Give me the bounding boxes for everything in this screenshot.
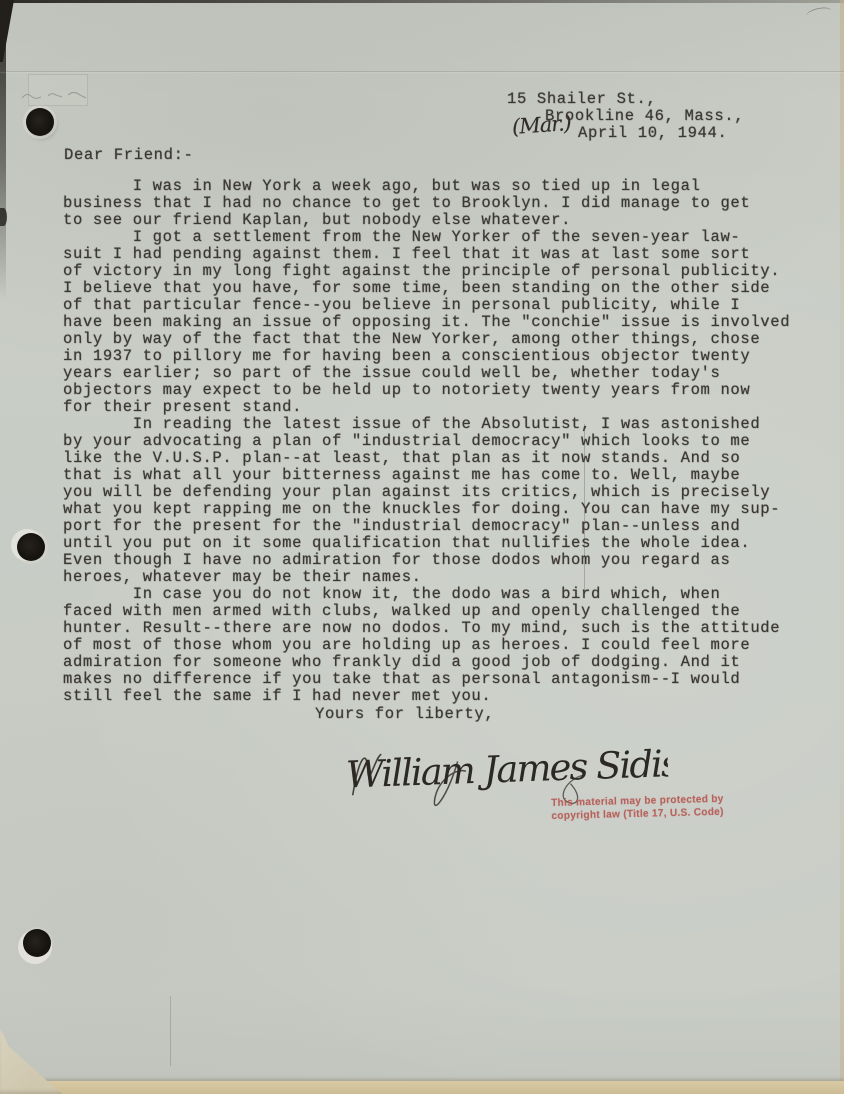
letter-line: in 1937 to pillory me for having been a …: [63, 348, 803, 365]
punch-hole: [26, 108, 54, 136]
crease-line: [0, 71, 844, 72]
letter-line: of victory in my long fight against the …: [63, 263, 803, 280]
letter-line: what you kept rapping me on the knuckles…: [63, 501, 803, 518]
letter-line: of most of those whom you are holding up…: [63, 637, 803, 654]
closing-line: Yours for liberty,: [315, 705, 494, 723]
letterhead-address-line1: 15 Shailer St.,: [507, 90, 656, 108]
salutation: Dear Friend:-: [64, 146, 194, 164]
letter-line: only by way of the fact that the New Yor…: [63, 331, 803, 348]
backing-paper-strip: [0, 1081, 844, 1094]
letter-line: I got a settlement from the New Yorker o…: [63, 229, 803, 246]
punch-hole: [17, 533, 45, 561]
handwritten-date-annotation: (Mar.): [511, 111, 571, 139]
letter-line: like the V.U.S.P. plan--at least, that p…: [63, 450, 803, 467]
letter-line: until you put on it some qualification t…: [63, 535, 803, 552]
scan-edge-top: [0, 0, 844, 3]
punch-hole: [23, 929, 51, 957]
letter-line: to see our friend Kaplan, but nobody els…: [63, 212, 803, 229]
signature-name: William James Sidis: [345, 742, 669, 797]
letter-line: Even though I have no admiration for tho…: [63, 552, 803, 569]
letter-line: suit I had pending against them. I feel …: [63, 246, 803, 263]
letter-line: I believe that you have, for some time, …: [63, 280, 803, 297]
letter-line: faced with men armed with clubs, walked …: [63, 603, 803, 620]
letterhead-address-line2: Brookline 46, Mass.,: [545, 107, 744, 125]
letter-page: 15 Shailer St., Brookline 46, Mass., (Ma…: [0, 0, 844, 1094]
letter-line: that is what all your bitterness against…: [63, 467, 803, 484]
scan-corner-shadow: [0, 0, 14, 62]
pencil-scribble: [20, 88, 90, 106]
letter-line: business that I had no chance to get to …: [63, 195, 803, 212]
letter-line: still feel the same if I had never met y…: [63, 688, 803, 705]
letter-line: you will be defending your plan against …: [63, 484, 803, 501]
letter-line: In reading the latest issue of the Absol…: [63, 416, 803, 433]
letter-line: by your advocating a plan of "industrial…: [63, 433, 803, 450]
letter-line: heroes, whatever may be their names.: [63, 569, 803, 586]
scan-edge-right: [840, 0, 844, 1094]
letter-line: admiration for someone who frankly did a…: [63, 654, 803, 671]
letter-body: I was in New York a week ago, but was so…: [63, 178, 803, 705]
copyright-stamp: This material may be protected by copyri…: [551, 792, 753, 822]
letter-line: port for the present for the "industrial…: [63, 518, 803, 535]
crease-mark: [805, 5, 833, 21]
letter-line: of that particular fence--you believe in…: [63, 297, 803, 314]
letter-line: hunter. Result--there are now no dodos. …: [63, 620, 803, 637]
letter-line: objectors may expect to be held up to no…: [63, 382, 803, 399]
letter-line: makes no difference if you take that as …: [63, 671, 803, 688]
letterhead-date-line: April 10, 1944.: [578, 124, 727, 142]
letter-line: years earlier; so part of the issue coul…: [63, 365, 803, 382]
crease-line: [170, 996, 171, 1066]
letter-line: have been making an issue of opposing it…: [63, 314, 803, 331]
letter-line: for their present stand.: [63, 399, 803, 416]
letter-line: In case you do not know it, the dodo was…: [63, 586, 803, 603]
letter-line: I was in New York a week ago, but was so…: [63, 178, 803, 195]
scan-edge-mark: [0, 208, 7, 226]
